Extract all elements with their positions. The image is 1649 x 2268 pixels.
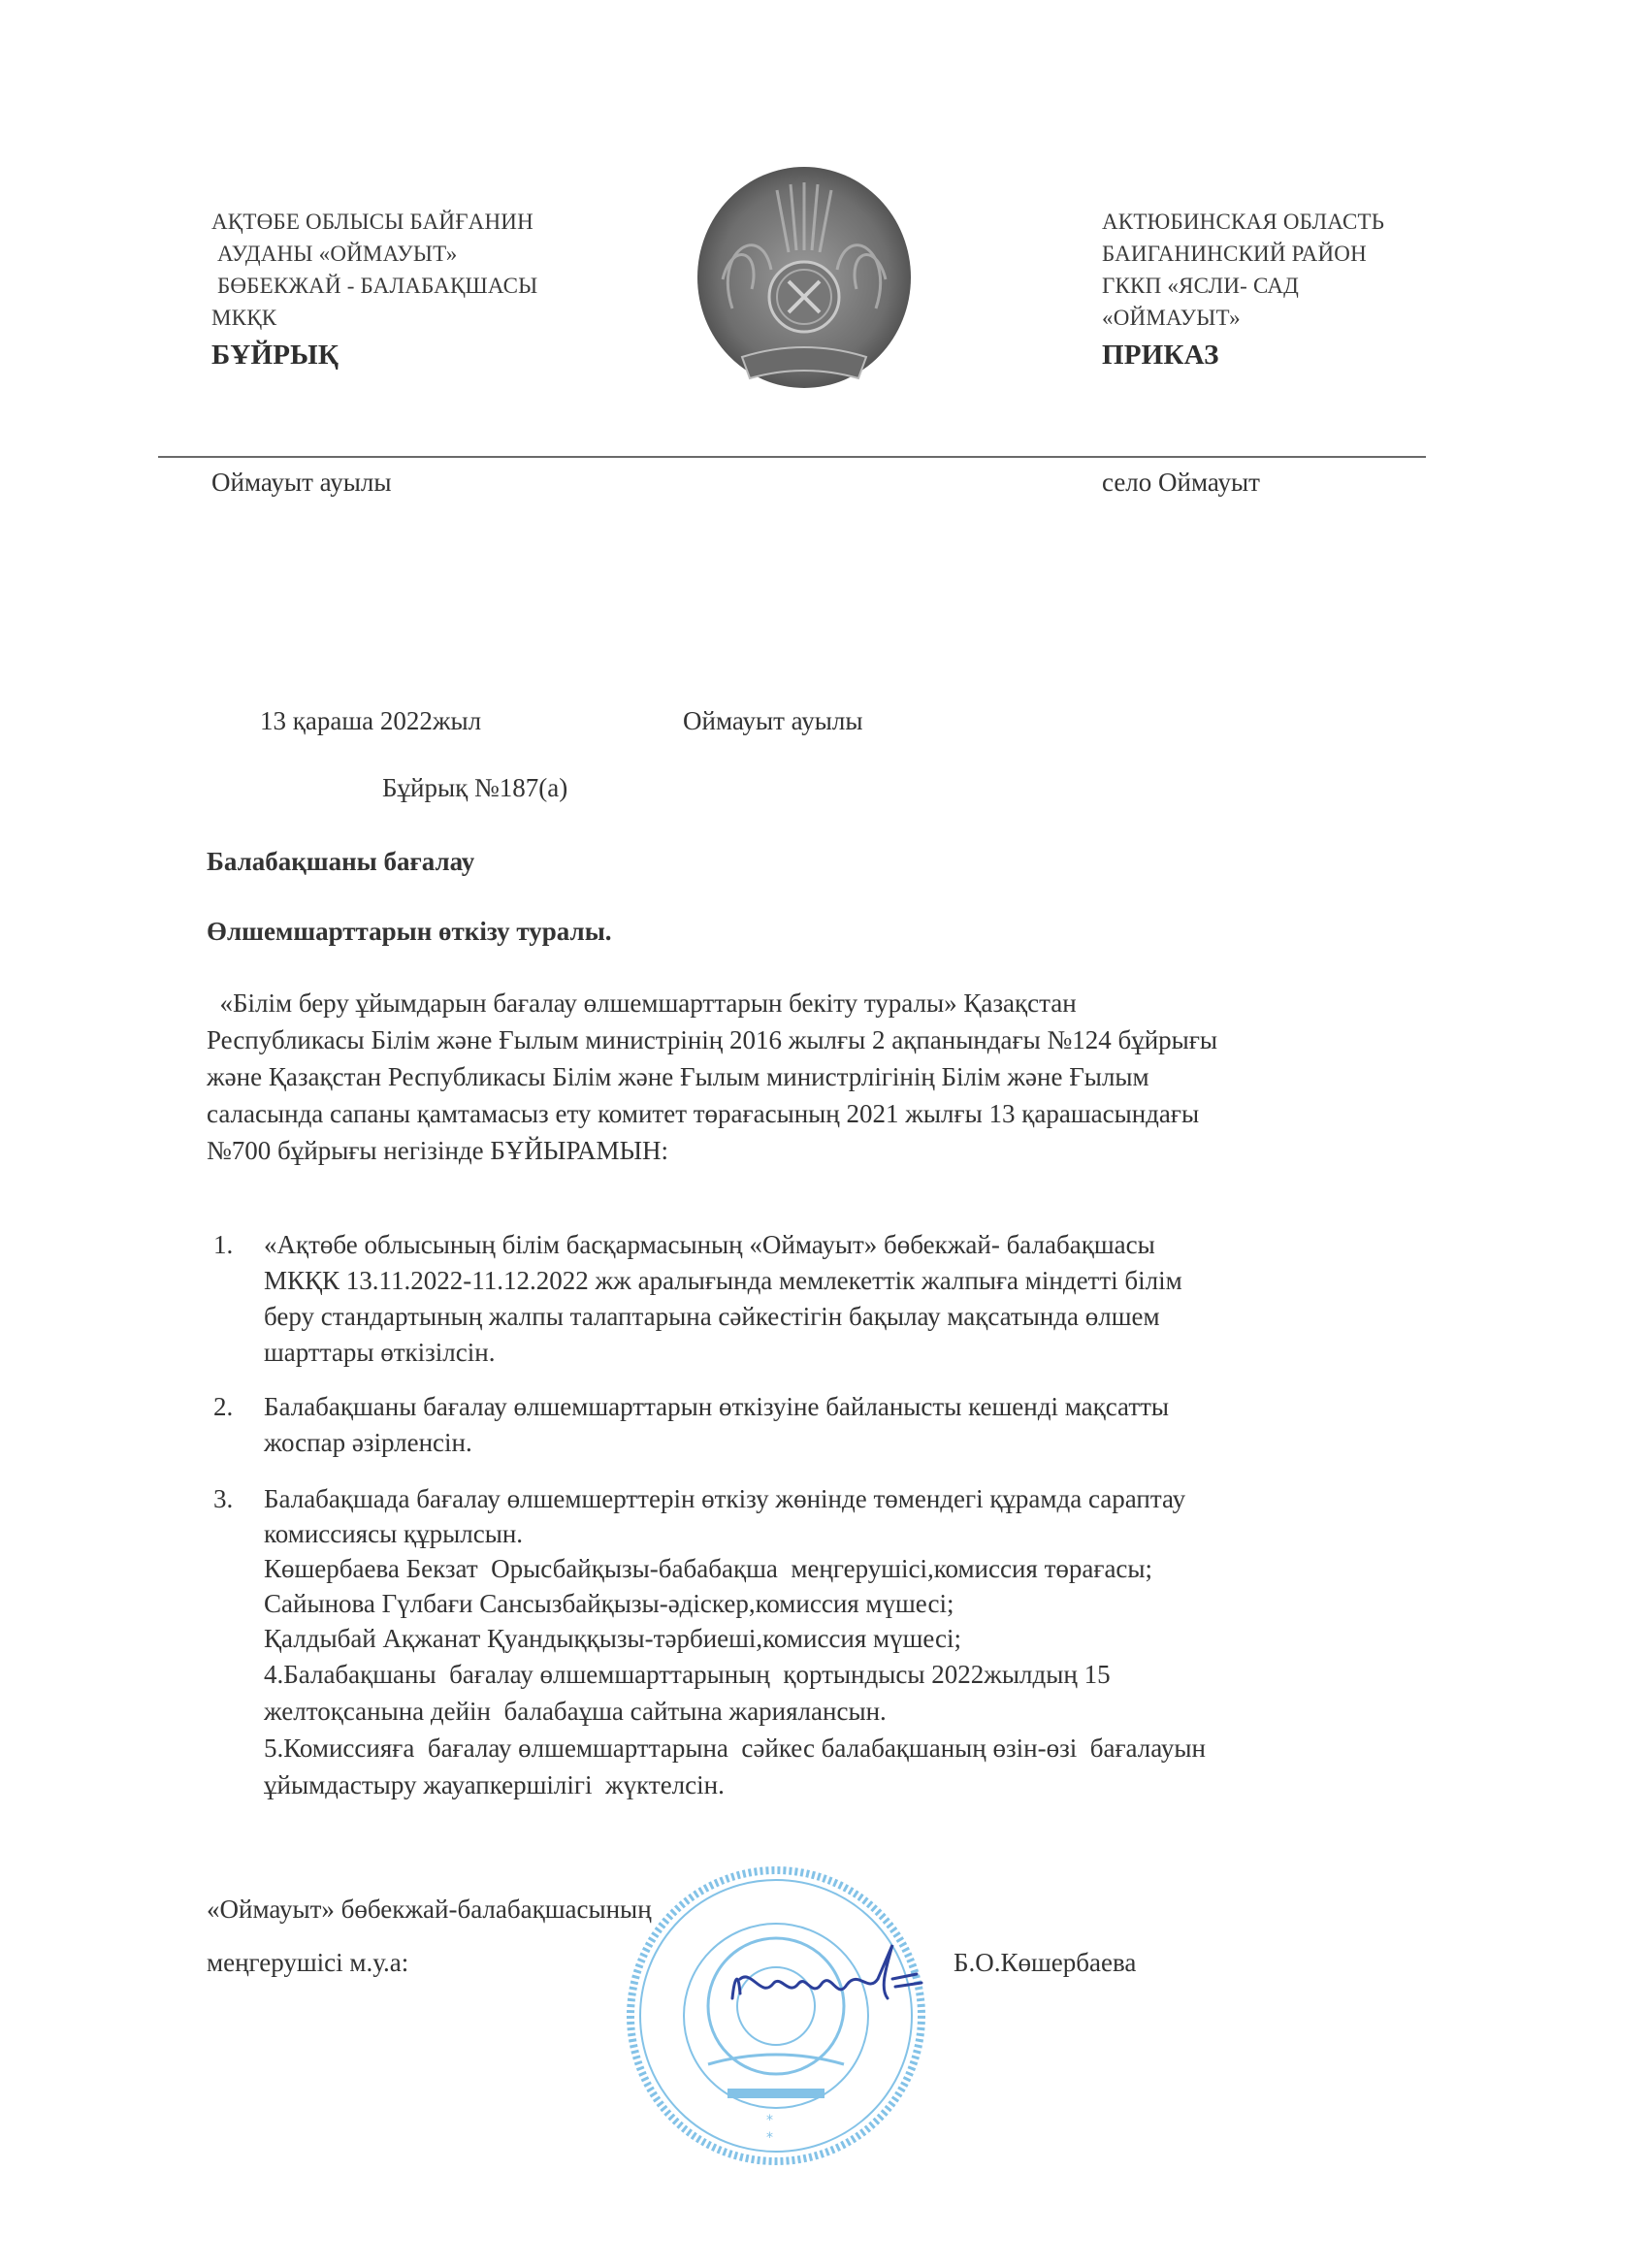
header-right-line: «ОЙМАУЫТ» — [1102, 302, 1384, 334]
header-right-line: БАИГАНИНСКИЙ РАЙОН — [1102, 238, 1384, 270]
signatory-title: меңгерушісі м.у.а: — [207, 1948, 408, 1978]
item-line: шарттары өткізілсін. — [264, 1335, 1182, 1371]
preamble-line: №700 бұйрығы негізінде БҰЙЫРАМЫН: — [207, 1132, 1217, 1169]
item-line: желтоқсанына дейін балабаұша сайтына жар… — [264, 1693, 1206, 1730]
header-left-line: БӨБЕКЖАЙ - БАЛАБАҚШАСЫ — [211, 270, 537, 302]
order-title-line1: Балабақшаны бағалау — [207, 847, 474, 877]
preamble-line: саласында сапаны қамтамасыз ету комитет … — [207, 1095, 1217, 1132]
item-line: Балабақшаны бағалау өлшемшарттарын өткіз… — [264, 1389, 1169, 1425]
location-russian: село Оймауыт — [1102, 468, 1260, 498]
item-line: 5.Комиссияға бағалау өлшемшарттарына сәй… — [264, 1730, 1206, 1766]
signatory-name: Б.О.Көшербаева — [954, 1948, 1136, 1978]
order-number: Бұйрық №187(а) — [382, 773, 567, 803]
preamble-line: Республикасы Білім және Ғылым министріні… — [207, 1021, 1217, 1058]
item-line: жоспар әзірленсін. — [264, 1425, 1169, 1461]
order-place: Оймауыт ауылы — [683, 706, 863, 736]
item-number: 1. — [213, 1227, 233, 1263]
header-left-line: АУДАНЫ «ОЙМАУЫТ» — [211, 238, 537, 270]
state-emblem-icon — [694, 163, 915, 392]
location-kazakh: Оймауыт ауылы — [211, 468, 392, 498]
commission-member: Қалдыбай Ақжанат Қуандыққызы-тәрбиеші,ко… — [264, 1621, 1206, 1656]
doc-type-kazakh: БҰЙРЫҚ — [211, 334, 537, 376]
item-line: «Ақтөбе облысының білім басқармасының «О… — [264, 1227, 1182, 1263]
header-left-line: МКҚК — [211, 302, 537, 334]
item-line: МКҚК 13.11.2022-11.12.2022 жж аралығында… — [264, 1263, 1182, 1299]
item-line: Балабақшада бағалау өлшемшерттерін өткіз… — [264, 1481, 1206, 1516]
item-number: 2. — [213, 1389, 233, 1425]
order-date: 13 қараша 2022жыл — [260, 706, 481, 736]
preamble-line: «Білім беру ұйымдарын бағалау өлшемшартт… — [207, 985, 1217, 1021]
header-left-block: АҚТӨБЕ ОБЛЫСЫ БАЙҒАНИН АУДАНЫ «ОЙМАУЫТ» … — [211, 206, 537, 376]
item-line: комиссиясы құрылсын. — [264, 1516, 1206, 1551]
commission-member: Сайынова Гүлбағи Сансызбайқызы-әдіскер,к… — [264, 1586, 1206, 1621]
header-right-line: ГККП «ЯСЛИ- САД — [1102, 270, 1384, 302]
header-divider — [158, 456, 1426, 458]
svg-text:*: * — [766, 2113, 773, 2128]
header-right-line: АКТЮБИНСКАЯ ОБЛАСТЬ — [1102, 206, 1384, 238]
item-line: ұйымдастыру жауапкершілігі жүктелсін. — [264, 1766, 1206, 1803]
doc-type-russian: ПРИКАЗ — [1102, 334, 1384, 376]
header-left-line: АҚТӨБЕ ОБЛЫСЫ БАЙҒАНИН — [211, 206, 537, 238]
signatory-org: «Оймауыт» бөбекжай-балабақшасының — [207, 1895, 652, 1925]
item-line: беру стандартының жалпы талаптарына сәйк… — [264, 1299, 1182, 1335]
item-line: 4.Балабақшаны бағалау өлшемшарттарының қ… — [264, 1656, 1206, 1693]
order-title-line2: Өлшемшарттарын өткізу туралы. — [207, 917, 612, 947]
header-right-block: АКТЮБИНСКАЯ ОБЛАСТЬ БАИГАНИНСКИЙ РАЙОН Г… — [1102, 206, 1384, 376]
preamble-line: және Қазақстан Республикасы Білім және Ғ… — [207, 1058, 1217, 1095]
handwritten-signature-icon — [723, 1940, 941, 2018]
svg-text:*: * — [766, 2130, 773, 2146]
commission-member: Көшербаева Бекзат Орысбайқызы-бабабақша … — [264, 1551, 1206, 1586]
preamble: «Білім беру ұйымдарын бағалау өлшемшартт… — [207, 985, 1217, 1169]
item-number: 3. — [213, 1481, 233, 1517]
